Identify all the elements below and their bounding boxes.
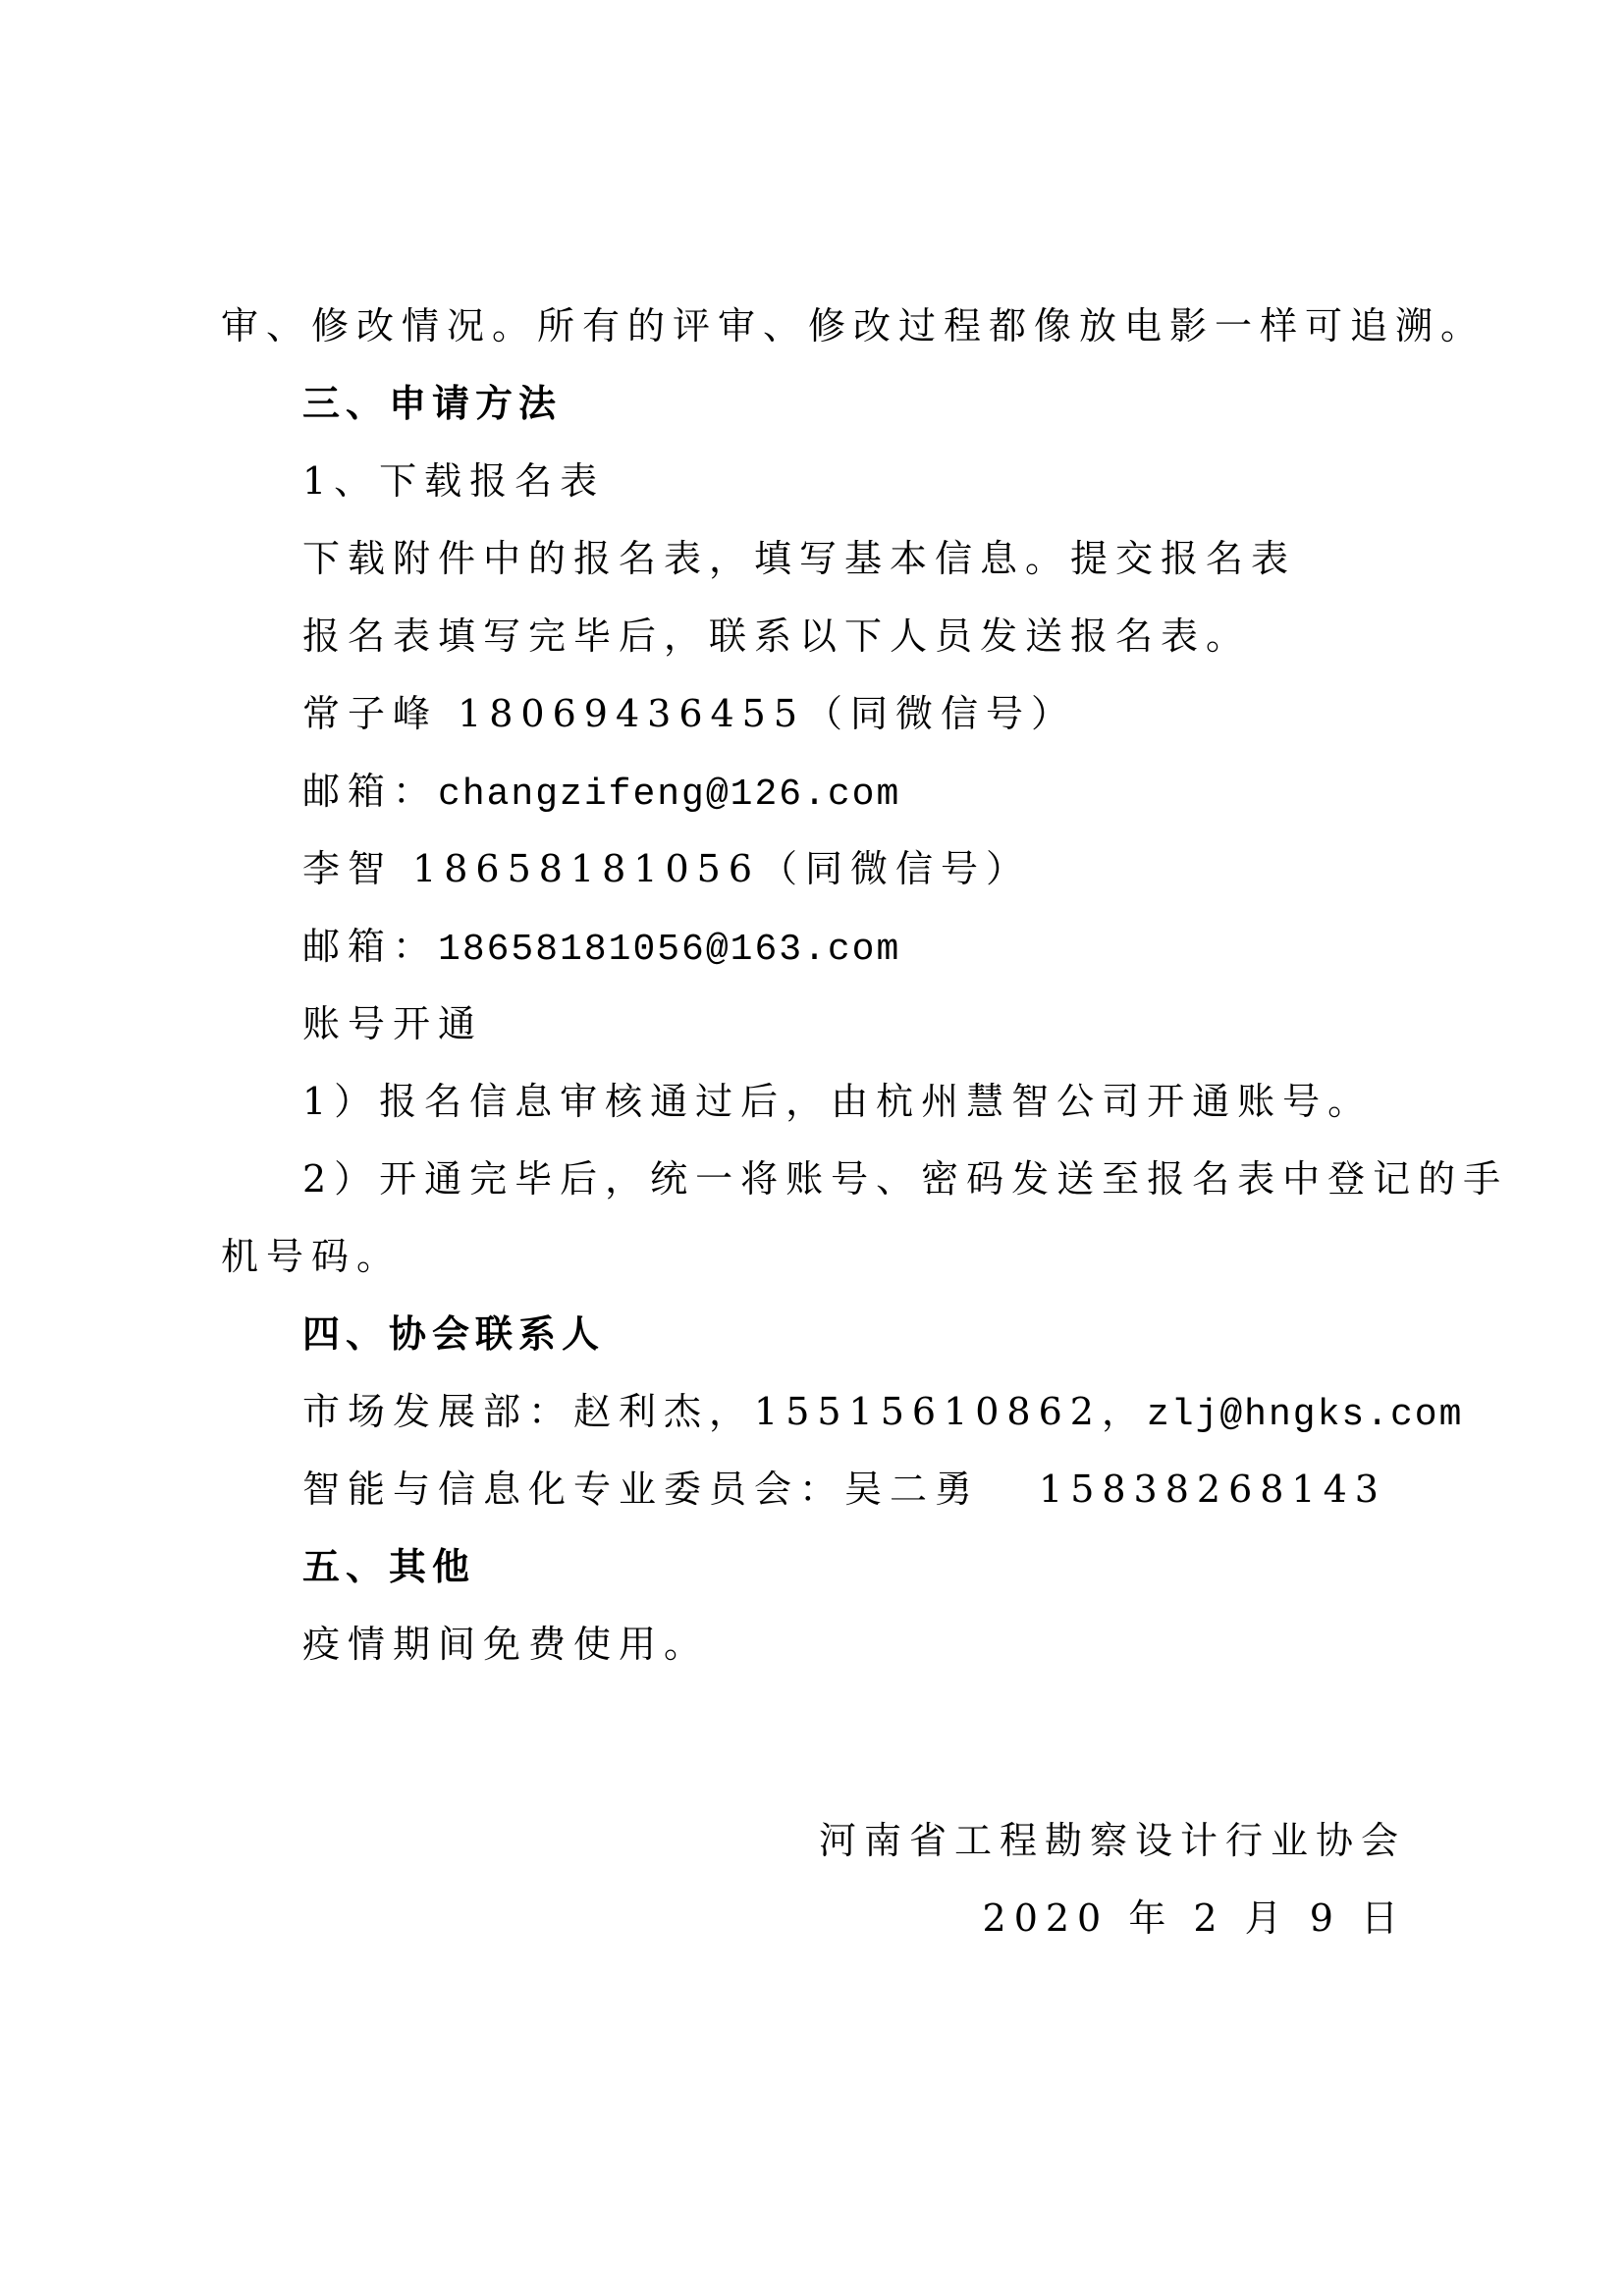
contact-2-name-phone: 李智 18658181056（同微信号） (302, 830, 1490, 908)
section-heading-apply-method: 三、申请方法 (302, 365, 1490, 443)
account-step-2: 2）开通完毕后，统一将账号、密码发送至报名表中登记的手 (302, 1141, 1490, 1218)
paragraph-continuation: 审、修改情况。所有的评审、修改过程都像放电影一样可追溯。 (221, 288, 1409, 365)
account-step-2-cont: 机号码。 (221, 1218, 1409, 1296)
signature-organization: 河南省工程勘察设计行业协会 (819, 1802, 1406, 1880)
section-heading-contacts: 四、协会联系人 (302, 1296, 1490, 1373)
contact-2-email-line: 邮箱：18658181056@163.com (302, 908, 1490, 986)
step1-text: 下载附件中的报名表，填写基本信息。提交报名表 (302, 520, 1490, 598)
market-phone: 15515610862， (754, 1390, 1147, 1433)
section-heading-other: 五、其他 (302, 1528, 1490, 1606)
email-label: 邮箱： (302, 770, 438, 813)
document-page: 审、修改情况。所有的评审、修改过程都像放电影一样可追溯。 三、申请方法 1、下载… (0, 0, 1624, 2296)
committee-phone: 15838268143 (1039, 1468, 1386, 1511)
contact-1-name-phone: 常子峰 18069436455（同微信号） (302, 675, 1490, 753)
committee-contact-line: 智能与信息化专业委员会：吴二勇15838268143 (302, 1451, 1490, 1528)
account-title: 账号开通 (302, 986, 1490, 1063)
account-step-1: 1）报名信息审核通过后，由杭州慧智公司开通账号。 (302, 1063, 1490, 1141)
other-text: 疫情期间免费使用。 (302, 1606, 1490, 1683)
contact-1-email-line: 邮箱：changzifeng@126.com (302, 753, 1490, 830)
contact-1-email[interactable]: changzifeng@126.com (438, 774, 900, 816)
contact-2-email[interactable]: 18658181056@163.com (438, 929, 900, 971)
step1-text2: 报名表填写完毕后，联系以下人员发送报名表。 (302, 598, 1490, 675)
signature-date: 2020 年 2 月 9 日 (983, 1880, 1406, 1957)
market-email[interactable]: zlj@hngks.com (1147, 1394, 1463, 1436)
committee-label: 智能与信息化专业委员会：吴二勇 (302, 1468, 980, 1511)
step1-title: 1、下载报名表 (302, 443, 1490, 520)
market-label: 市场发展部：赵利杰， (302, 1390, 754, 1433)
email-label: 邮箱： (302, 925, 438, 968)
market-contact-line: 市场发展部：赵利杰，15515610862，zlj@hngks.com (302, 1373, 1490, 1451)
